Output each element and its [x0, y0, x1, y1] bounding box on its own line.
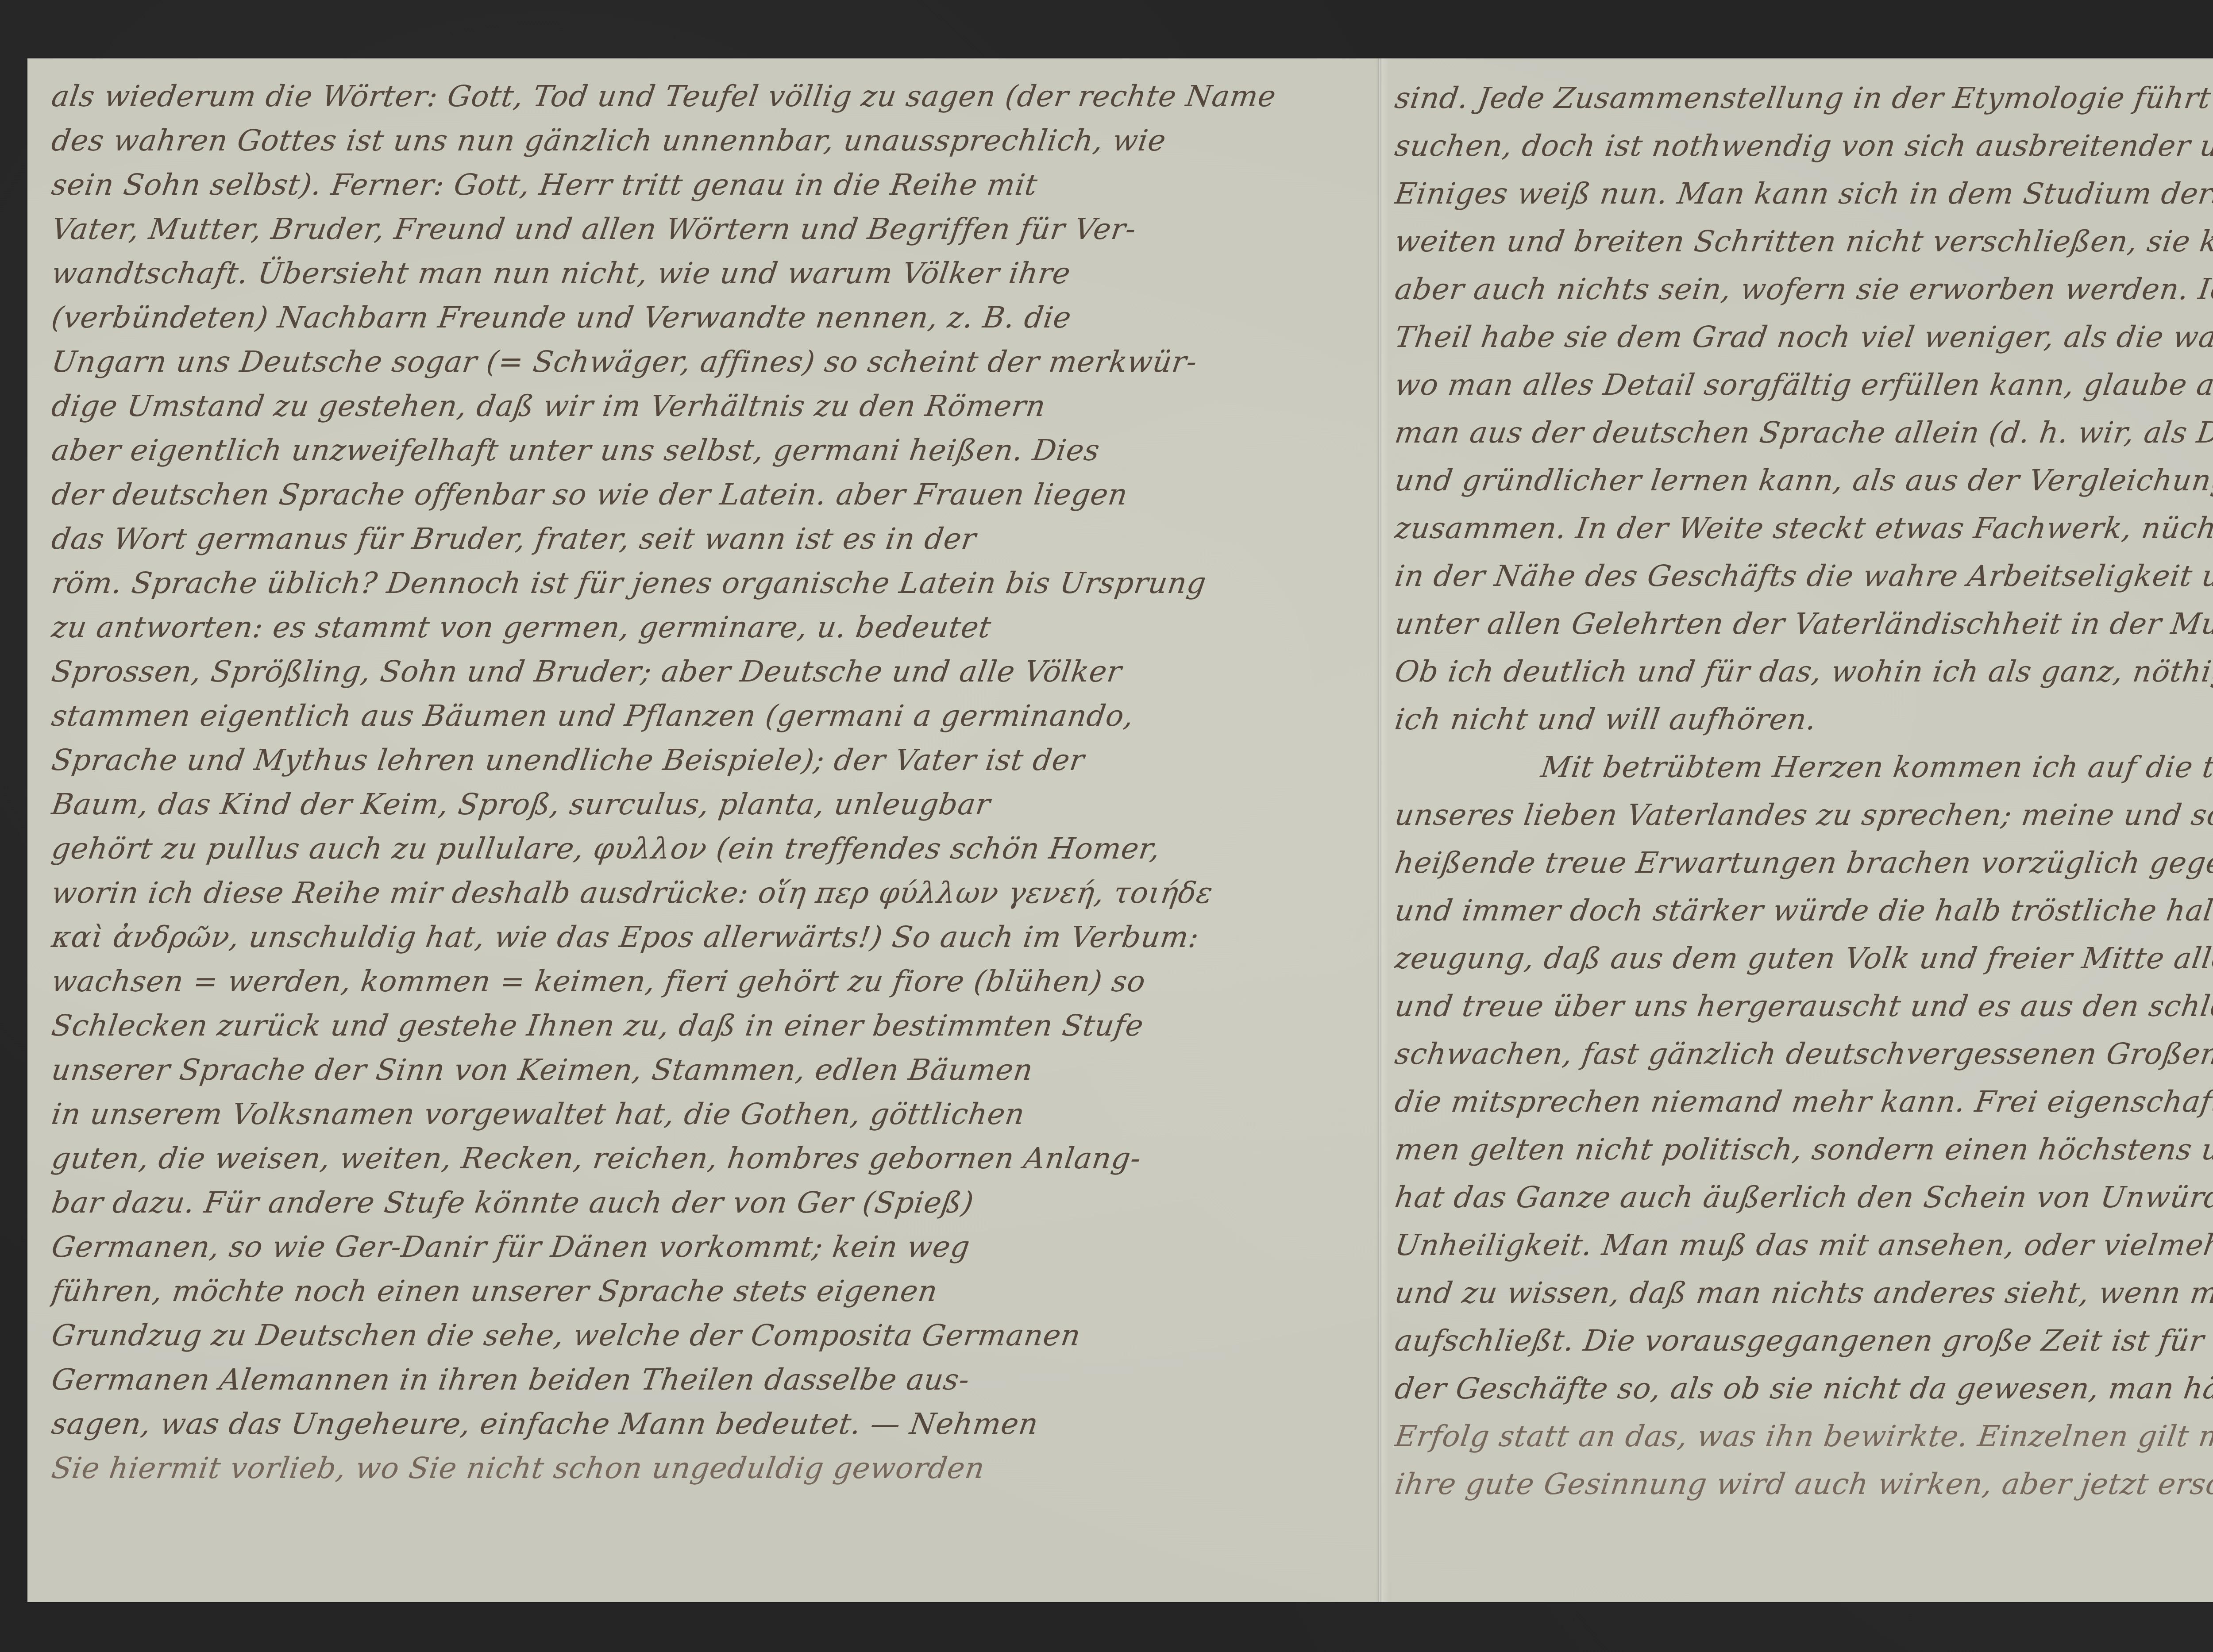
text-line: ich nicht und will aufhören. — [1392, 696, 2213, 743]
text-line: sind. Jede Zusammenstellung in der Etymo… — [1392, 74, 2213, 122]
text-line: stammen eigentlich aus Bäumen und Pflanz… — [49, 694, 1365, 738]
text-line: Ungarn uns Deutsche sogar (= Schwäger, a… — [49, 340, 1365, 384]
text-line: aufschließt. Die vorausgegangenen große … — [1392, 1317, 2213, 1365]
text-line: καὶ ἀνδρῶν, unschuldig hat, wie das Epos… — [49, 915, 1365, 959]
manuscript-sheet: als wiederum die Wörter: Gott, Tod und T… — [27, 58, 2213, 1602]
text-line: Germanen, so wie Ger-Danir für Dänen vor… — [49, 1225, 1365, 1269]
text-line: hat das Ganze auch äußerlich den Schein … — [1392, 1174, 2213, 1221]
text-line: Sprache und Mythus lehren unendliche Bei… — [49, 738, 1365, 782]
center-fold — [1378, 58, 1381, 1602]
text-line: worin ich diese Reihe mir deshalb ausdrü… — [49, 871, 1365, 915]
text-line: ihre gute Gesinnung wird auch wirken, ab… — [1392, 1460, 2213, 1508]
text-line: und gründlicher lernen kann, als aus der… — [1392, 457, 2213, 504]
text-line: gehört zu pullus auch zu pullulare, φυλλ… — [49, 827, 1365, 871]
text-line: Einiges weiß nun. Man kann sich in dem S… — [1392, 170, 2213, 218]
text-line: der Geschäfte so, als ob sie nicht da ge… — [1392, 1365, 2213, 1413]
text-line: Sprossen, Sprößling, Sohn und Bruder; ab… — [49, 650, 1365, 694]
text-line: als wiederum die Wörter: Gott, Tod und T… — [49, 74, 1365, 119]
text-line: die mitsprechen niemand mehr kann. Frei … — [1392, 1078, 2213, 1126]
text-line: guten, die weisen, weiten, Recken, reich… — [49, 1136, 1365, 1181]
text-line: und treue über uns hergerauscht und es a… — [1392, 982, 2213, 1030]
text-line: das Wort germanus für Bruder, frater, se… — [49, 517, 1365, 561]
text-line: Germanen Alemannen in ihren beiden Theil… — [49, 1358, 1365, 1402]
text-line: suchen, doch ist nothwendig von sich aus… — [1392, 122, 2213, 170]
text-line: heißende treue Erwartungen brachen vorzü… — [1392, 839, 2213, 887]
text-line: Baum, das Kind der Keim, Sproß, surculus… — [49, 782, 1365, 827]
text-line: und zu wissen, daß man nichts anderes si… — [1392, 1269, 2213, 1317]
text-line: schwachen, fast gänzlich deutschvergesse… — [1392, 1030, 2213, 1078]
paragraph-start-line: Mit betrübtem Herzen kommen ich auf die … — [1392, 743, 2213, 791]
text-line: und immer doch stärker würde die halb tr… — [1392, 887, 2213, 935]
text-line: wo man alles Detail sorgfältig erfüllen … — [1392, 361, 2213, 409]
text-line: weiten und breiten Schritten nicht versc… — [1392, 218, 2213, 266]
text-line: unserer Sprache der Sinn von Keimen, Sta… — [49, 1048, 1365, 1092]
text-line: aber eigentlich unzweifelhaft unter uns … — [49, 428, 1365, 473]
text-line: unter allen Gelehrten der Vaterländischh… — [1392, 600, 2213, 648]
text-line: wachsen = werden, kommen = keimen, fieri… — [49, 959, 1365, 1004]
text-line: in der Nähe des Geschäfts die wahre Arbe… — [1392, 552, 2213, 600]
text-line: röm. Sprache üblich? Dennoch ist für jen… — [49, 561, 1365, 605]
text-line: Theil habe sie dem Grad noch viel wenige… — [1392, 313, 2213, 361]
text-line: (verbündeten) Nachbarn Freunde und Verwa… — [49, 296, 1365, 340]
text-line: in unserem Volksnamen vorgewaltet hat, d… — [49, 1092, 1365, 1136]
text-line: Grundzug zu Deutschen die sehe, welche d… — [49, 1313, 1365, 1358]
left-page: als wiederum die Wörter: Gott, Tod und T… — [52, 74, 1362, 1490]
text-line: Sie hiermit vorlieb, wo Sie nicht schon … — [49, 1446, 1365, 1490]
text-line: Schlecken zurück und gestehe Ihnen zu, d… — [49, 1004, 1365, 1048]
text-line: zu antworten: es stammt von germen, germ… — [49, 605, 1365, 650]
text-line: aber auch nichts sein, wofern sie erworb… — [1392, 266, 2213, 313]
text-line: dige Umstand zu gestehen, daß wir im Ver… — [49, 384, 1365, 428]
text-line: zeugung, daß aus dem guten Volk und frei… — [1392, 935, 2213, 982]
text-line: sagen, was das Ungeheure, einfache Mann … — [49, 1402, 1365, 1446]
text-line: des wahren Gottes ist uns nun gänzlich u… — [49, 119, 1365, 163]
text-line: bar dazu. Für andere Stufe könnte auch d… — [49, 1181, 1365, 1225]
text-line: Unheiligkeit. Man muß das mit ansehen, o… — [1392, 1221, 2213, 1269]
text-line: zusammen. In der Weite steckt etwas Fach… — [1392, 504, 2213, 552]
text-line: Vater, Mutter, Bruder, Freund und allen … — [49, 207, 1365, 251]
text-line: unseres lieben Vaterlandes zu sprechen; … — [1392, 791, 2213, 839]
text-line: Ob ich deutlich und für das, wohin ich a… — [1392, 648, 2213, 696]
text-line: der deutschen Sprache offenbar so wie de… — [49, 473, 1365, 517]
text-line: führen, möchte noch einen unserer Sprach… — [49, 1269, 1365, 1313]
text-line: sein Sohn selbst). Ferner: Gott, Herr tr… — [49, 163, 1365, 207]
text-line: man aus der deutschen Sprache allein (d.… — [1392, 409, 2213, 457]
right-page: sind. Jede Zusammenstellung in der Etymo… — [1395, 74, 2213, 1508]
text-line: Erfolg statt an das, was ihn bewirkte. E… — [1392, 1413, 2213, 1460]
text-line: wandtschaft. Übersieht man nun nicht, wi… — [49, 251, 1365, 296]
text-line: men gelten nicht politisch, sondern eine… — [1392, 1126, 2213, 1174]
